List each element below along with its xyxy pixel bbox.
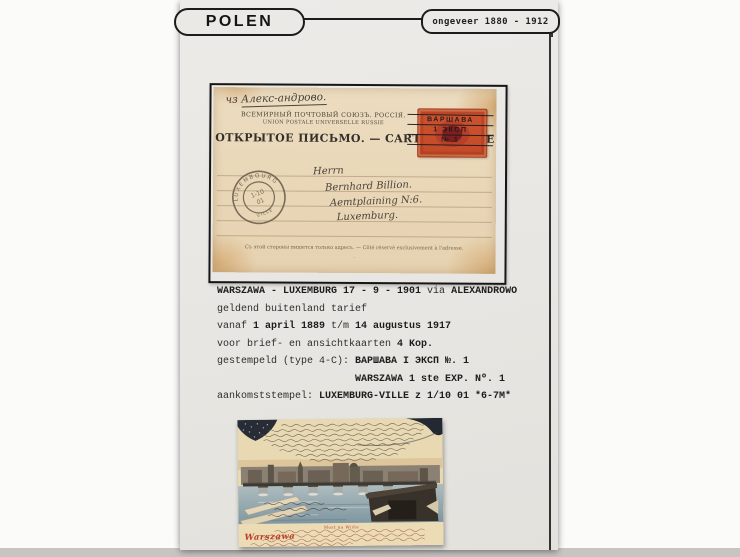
address-line: Herrn [313,165,344,177]
route-destination: Алекс-андрово. [241,91,327,107]
desc-seg: 14 augustus 1917 [355,321,451,332]
card-fineprint: Съ этой стороны пишется только адресъ. —… [213,244,496,252]
date-range: ongeveer 1880 - 1912 [432,17,548,27]
description-line: vanaf 1 april 1889 t/m 14 augustus 1917 [217,318,517,336]
card-title: ОТКРЫТОЕ ПИСЬМО. — CARTE POSTALE [215,131,431,145]
upu-header: ВСЕМИРНЫЙ ПОЧТОВЫЙ СОЮЗЪ. РОССІЯ. UNION … [223,111,423,126]
description-line: aankomststempel: LUXEMBURG-VILLE z 1/10 … [217,388,517,406]
postmark-date-2: 01 [256,197,266,206]
description-line: WARSZAWA 1 ste EXP. Nº. 1 [217,371,517,389]
address-rule-line [217,235,492,238]
desc-seg: gestempeld (type 4-C): [217,356,355,367]
description-block: WARSZAWA - LUXEMBURG 17 - 9 - 1901 via A… [217,283,517,406]
desc-seg: WARSZAWA - LUXEMBURG 17 - 9 - 1901 [217,286,427,297]
desc-seg: ВАРШАВА I ЭКСП №. 1 [355,356,469,367]
card-tiny-mark: · [213,254,496,262]
city-label: Warszawa [244,532,295,543]
picture-postcard: Warszawa Most na Wiśle [237,418,443,547]
desc-seg [217,374,355,385]
address-line: Luxemburg. [337,210,399,223]
desc-seg: ALEXANDROWO [451,286,517,297]
desc-seg: vanaf [217,321,253,332]
description-line: WARSZAWA - LUXEMBURG 17 - 9 - 1901 via A… [217,283,517,301]
desc-seg: voor brief- en ansichtkaarten [217,339,397,350]
arrival-postmark: LUXEMBOURG 1-10 01 VILLE [229,167,289,227]
header-connector-line [300,18,422,20]
desc-seg: t/m [331,321,355,332]
album-page: POLEN ongeveer 1880 - 1912 чз Алекс-андр… [180,0,558,550]
header-cartouche-title: POLEN [174,8,305,36]
route-note: чз Алекс-андрово. [225,91,326,106]
caption-title: Most na Wiśle [324,524,359,529]
desc-seg: 1 april 1889 [253,321,331,332]
desc-seg: via [427,286,451,297]
route-prefix: чз [225,94,241,106]
desc-seg: 4 Kop. [397,339,433,350]
desc-seg: geldend buitenland tarief [217,304,367,315]
upu-line-french: UNION POSTALE UNIVERSELLE RUSSIE [223,119,423,126]
page-title: POLEN [206,13,274,31]
desc-seg: LUXEMBURG-VILLE z 1/10 01 *6-7M* [319,391,511,402]
photo-background: POLEN ongeveer 1880 - 1912 чз Алекс-андр… [0,0,740,557]
postcard-front: чз Алекс-андрово. ВСЕМИРНЫЙ ПОЧТОВЫЙ СОЮ… [212,87,496,274]
postcard-illustration: Warszawa Most na Wiśle [237,418,443,547]
description-line: geldend buitenland tarief [217,301,517,319]
warsaw-cancel-mark: ВАРШАВА 1 ЭКСП № 1 [407,114,493,146]
header-cartouche-range: ongeveer 1880 - 1912 [421,9,560,34]
postmark-ring-bottom-text: VILLE [256,207,274,219]
description-line: gestempeld (type 4-C): ВАРШАВА I ЭКСП №.… [217,353,517,371]
desc-seg: aankomststempel: [217,391,319,402]
upu-line-cyrillic: ВСЕМИРНЫЙ ПОЧТОВЫЙ СОЮЗЪ. РОССІЯ. [223,111,423,119]
postcard-frame: чз Алекс-андрово. ВСЕМИРНЫЙ ПОЧТОВЫЙ СОЮ… [208,83,507,285]
description-line: voor brief- en ansichtkaarten 4 Kop. [217,336,517,354]
page-border-rule [549,33,551,550]
desc-seg: WARSZAWA 1 ste EXP. Nº. 1 [355,374,505,385]
